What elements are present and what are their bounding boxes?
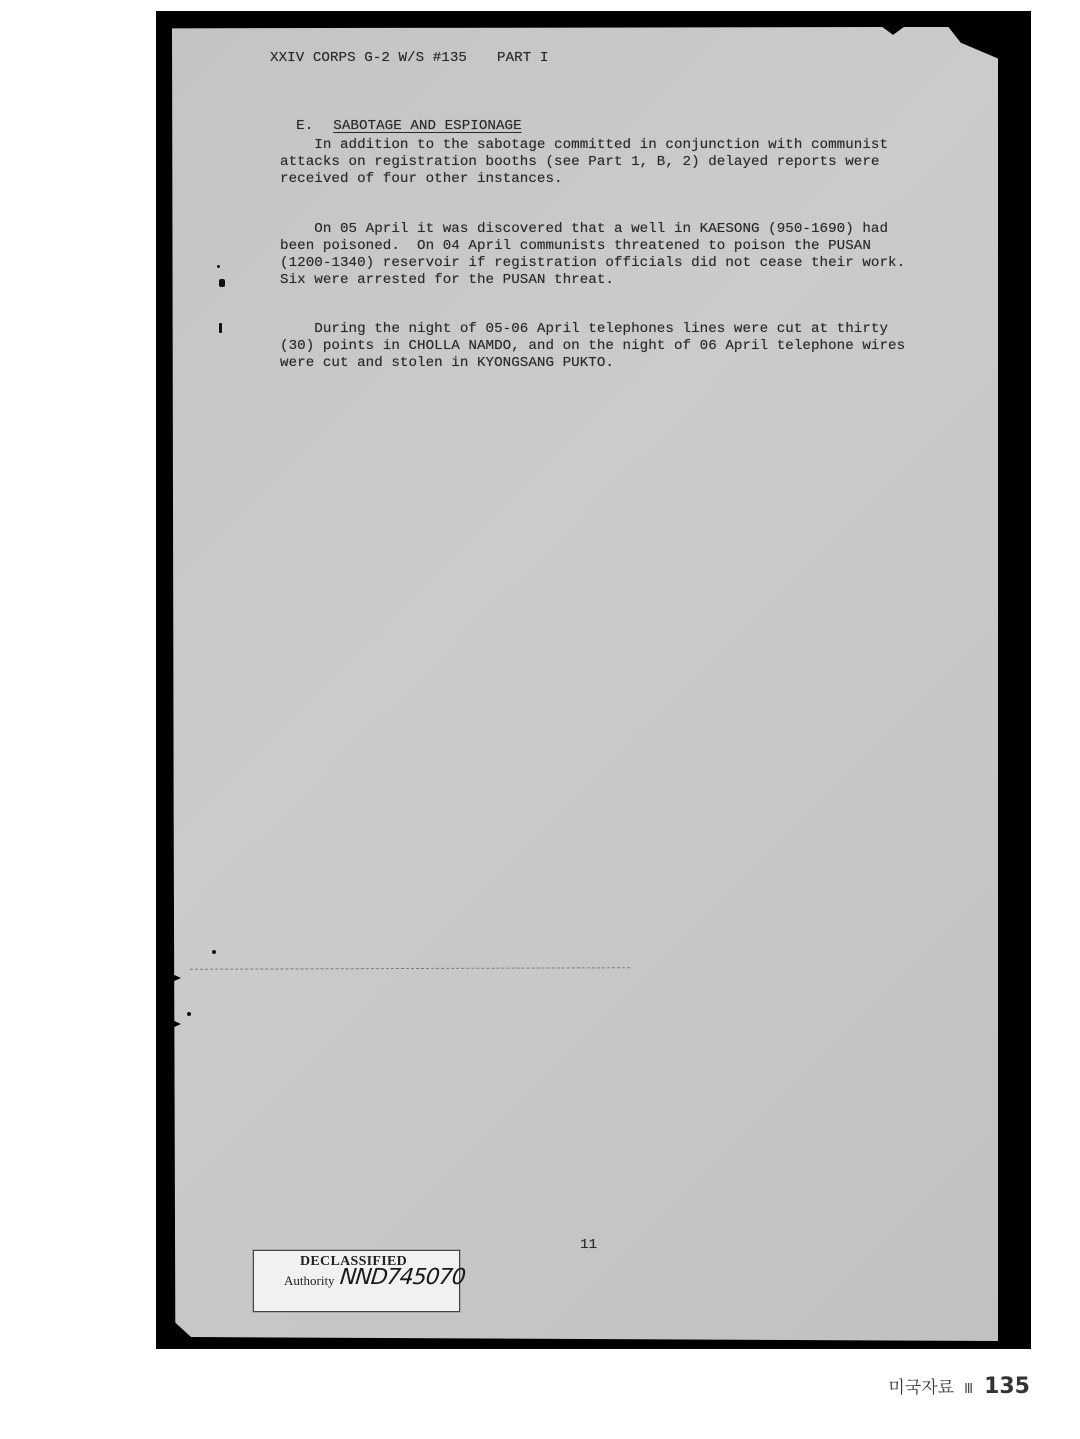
document-reference: XXIV CORPS G-2 W/S #135 bbox=[270, 50, 467, 67]
paragraph-2: On 05 April it was discovered that a wel… bbox=[280, 221, 900, 289]
paragraph-1: In addition to the sabotage committed in… bbox=[280, 137, 900, 188]
edge-notch bbox=[172, 974, 181, 982]
paragraph-line: (30) points in CHOLLA NAMDO, and on the … bbox=[280, 338, 900, 355]
footer-page-number: 135 bbox=[984, 1374, 1030, 1399]
scan-speck bbox=[217, 265, 220, 268]
paragraph-line: were cut and stolen in KYONGSANG PUKTO. bbox=[280, 355, 900, 372]
scan-speck bbox=[212, 950, 216, 954]
book-footer: 미국자료 Ⅲ 135 bbox=[888, 1373, 1030, 1399]
paragraph-line: received of four other instances. bbox=[280, 171, 900, 188]
paragraph-line: During the night of 05-06 April telephon… bbox=[280, 321, 900, 338]
scan-speck bbox=[219, 279, 225, 287]
declassified-stamp: DECLASSIFIED Authority NND745070 bbox=[253, 1250, 460, 1312]
scan-speck bbox=[219, 323, 222, 333]
edge-notch bbox=[172, 1020, 181, 1028]
stamp-authority-label: Authority bbox=[284, 1273, 335, 1289]
paragraph-line: On 05 April it was discovered that a wel… bbox=[280, 221, 900, 238]
paragraph-line: Six were arrested for the PUSAN threat. bbox=[280, 272, 900, 289]
paragraph-line: In addition to the sabotage committed in… bbox=[280, 137, 900, 154]
section-heading: E.SABOTAGE AND ESPIONAGE bbox=[279, 101, 522, 135]
section-title: SABOTAGE AND ESPIONAGE bbox=[333, 118, 521, 134]
paragraph-3: During the night of 05-06 April telephon… bbox=[280, 321, 900, 372]
footer-volume-marker: Ⅲ bbox=[964, 1382, 972, 1397]
section-letter: E. bbox=[296, 118, 313, 134]
document-part: PART I bbox=[497, 50, 548, 67]
scan-speck bbox=[187, 1012, 191, 1016]
footer-book-label: 미국자료 bbox=[888, 1373, 954, 1398]
document-page-number: 11 bbox=[580, 1237, 597, 1254]
paragraph-line: (1200-1340) reservoir if registration of… bbox=[280, 255, 900, 272]
paragraph-line: attacks on registration booths (see Part… bbox=[280, 154, 900, 171]
paragraph-line: been poisoned. On 04 April communists th… bbox=[280, 238, 900, 255]
stamp-authority-value: NND745070 bbox=[339, 1265, 466, 1290]
